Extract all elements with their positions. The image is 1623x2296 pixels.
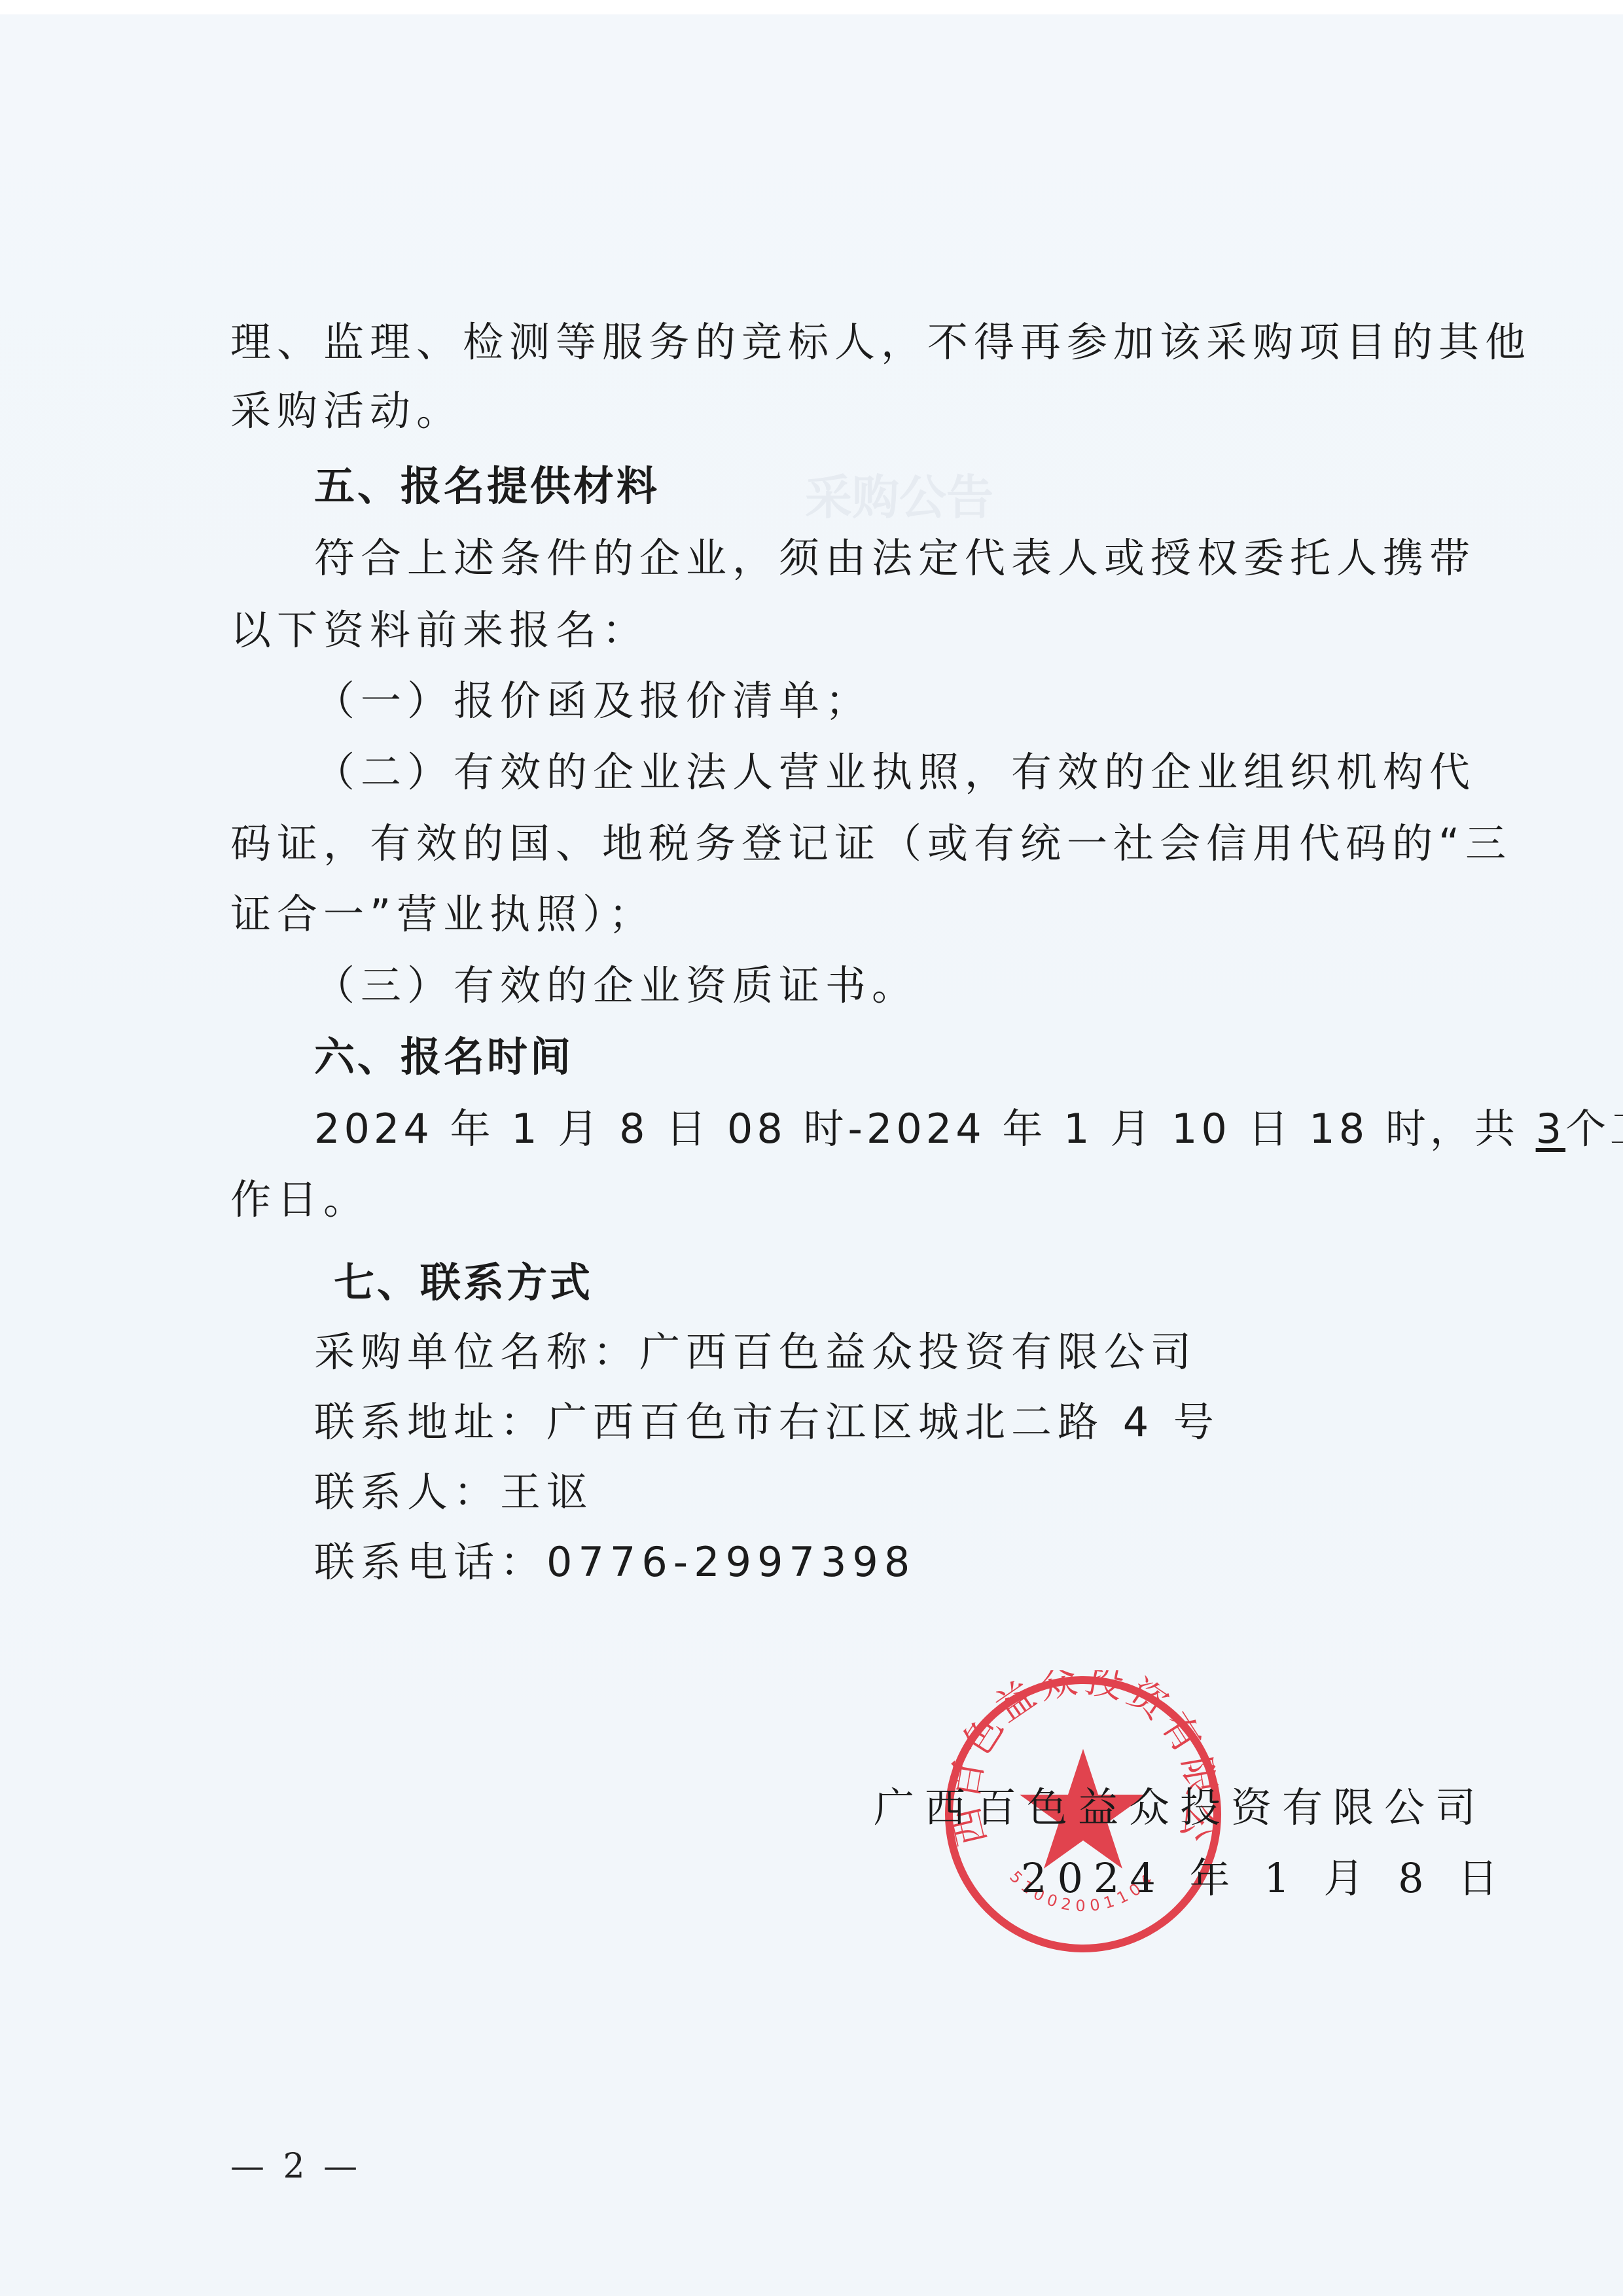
section-five-item-2-line-2: 码证，有效的国、地税务登记证（或有统一社会信用代码的“三 xyxy=(230,823,1512,864)
section-five-intro-2: 以下资料前来报名： xyxy=(230,610,649,651)
bleed-through-title: 采购公告 xyxy=(805,459,993,528)
contact-phone: 联系电话：0776-2997398 xyxy=(314,1542,916,1583)
section-seven-heading: 七、联系方式 xyxy=(334,1263,593,1303)
section-five-item-1: （一）报价函及报价清单； xyxy=(314,681,872,721)
section-five-intro-1: 符合上述条件的企业，须由法定代表人或授权委托人携带 xyxy=(314,538,1476,579)
section-six-line-2: 作日。 xyxy=(230,1179,370,1220)
working-days-count: 3 xyxy=(1536,1105,1565,1153)
continuation-line-2: 采购活动。 xyxy=(230,391,463,431)
section-five-item-3: （三）有效的企业资质证书。 xyxy=(314,965,918,1006)
continuation-line-1: 理、监理、检测等服务的竞标人，不得再参加该采购项目的其他 xyxy=(230,322,1531,363)
contact-person: 联系人：王讴 xyxy=(314,1472,593,1513)
signature-company: 广西百色益众投资有限公司 xyxy=(874,1775,1486,1833)
registration-period: 2024 年 1 月 8 日 08 时-2024 年 1 月 10 日 18 时… xyxy=(314,1105,1536,1153)
page-number: — 2 — xyxy=(230,2147,361,2186)
signature-date: 2024 年 1 月 8 日 xyxy=(1021,1846,1508,1904)
section-five-item-2-line-1: （二）有效的企业法人营业执照，有效的企业组织机构代 xyxy=(314,752,1476,793)
scanned-page: 采购公告 理、监理、检测等服务的竞标人，不得再参加该采购项目的其他 采购活动。 … xyxy=(0,14,1623,2296)
working-days-suffix: 个工 xyxy=(1565,1105,1623,1153)
section-six-line-1: 2024 年 1 月 8 日 08 时-2024 年 1 月 10 日 18 时… xyxy=(314,1109,1623,1149)
contact-address: 联系地址：广西百色市右江区城北二路 4 号 xyxy=(314,1402,1220,1443)
section-six-heading: 六、报名时间 xyxy=(314,1037,573,1077)
section-five-heading: 五、报名提供材料 xyxy=(314,466,660,507)
contact-unit-name: 采购单位名称：广西百色益众投资有限公司 xyxy=(314,1332,1197,1372)
section-five-item-2-line-3: 证合一”营业执照）； xyxy=(230,894,655,935)
